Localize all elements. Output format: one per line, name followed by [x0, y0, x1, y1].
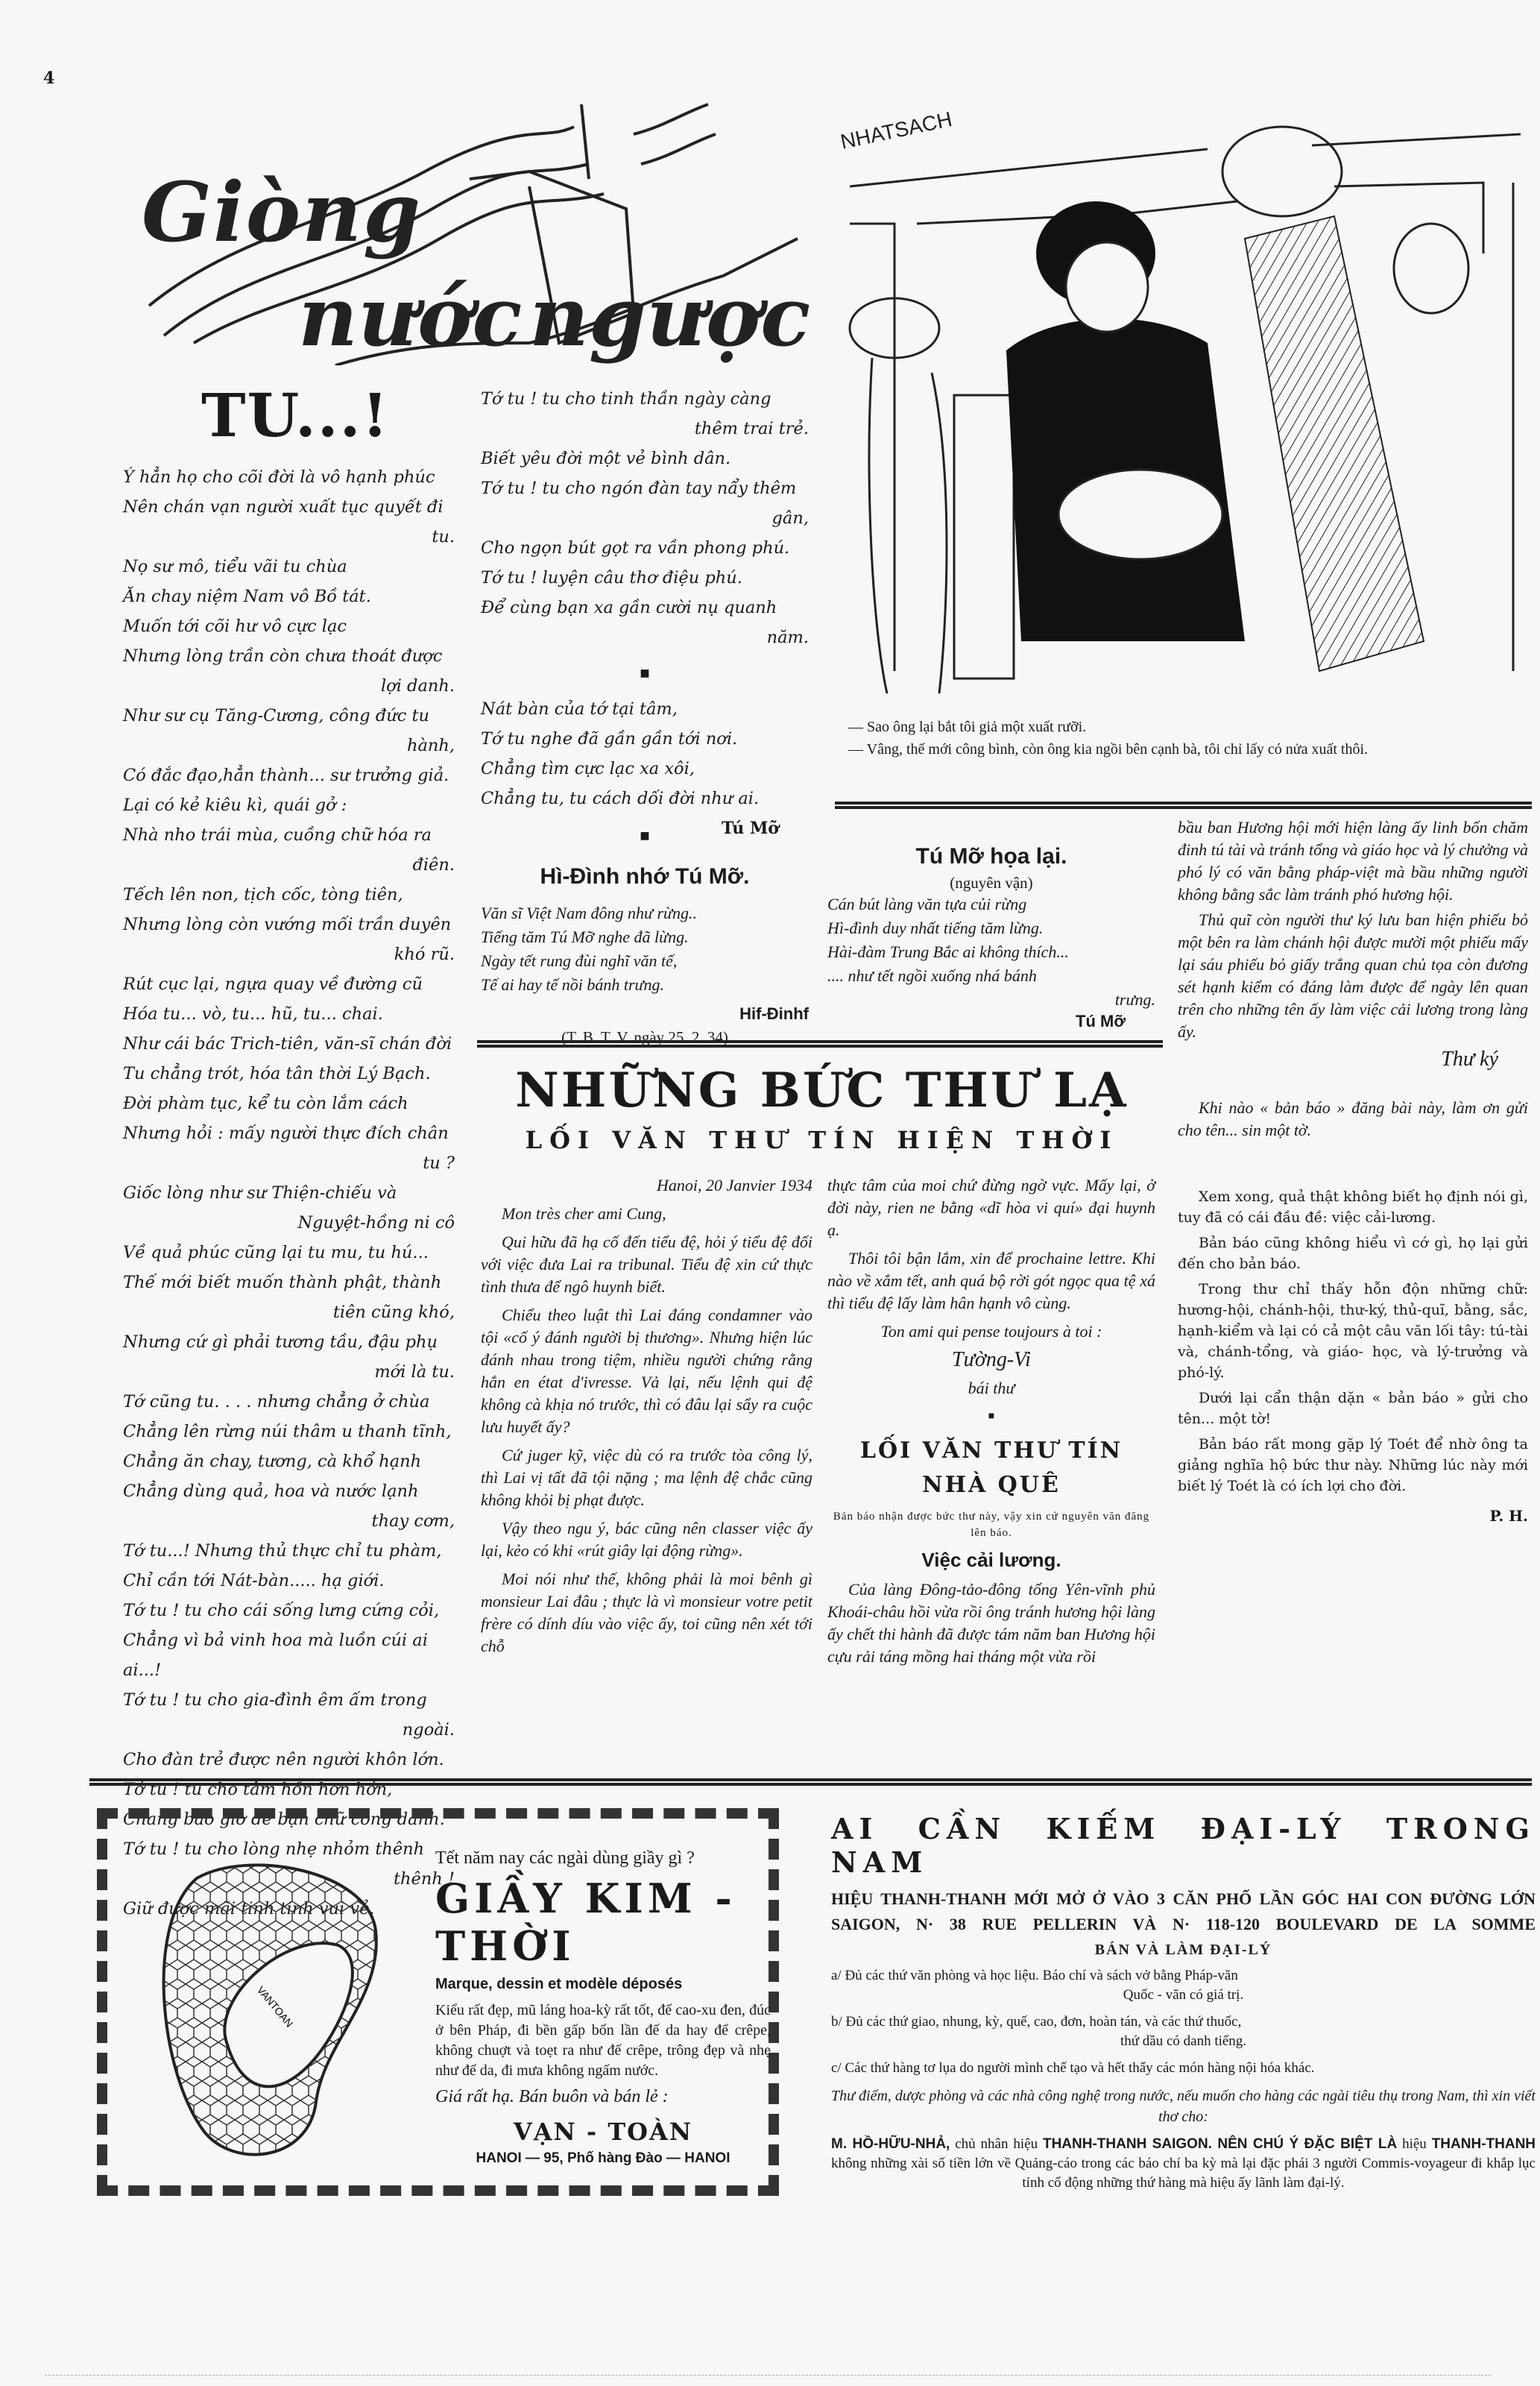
- poem-line-continuation: điên.: [123, 850, 455, 880]
- hi-dinh-author: Hif-Đinhf: [481, 1004, 809, 1024]
- section2-note: Bản báo nhận được bức thư này, vậy xin c…: [827, 1508, 1155, 1541]
- poem-line-continuation: khó rũ.: [123, 939, 455, 969]
- separator-icon: ■: [481, 830, 809, 842]
- poem-line: Như cái bác Trich-tiên, văn-sĩ chán đời: [123, 1029, 455, 1059]
- letters-headline: NHỮNG BỨC THƯ LẠ: [477, 1063, 1167, 1118]
- separator-icon: ■: [481, 658, 809, 688]
- letters-subheadline: LỐI VĂN THƯ TÍN HIỆN THỜI: [477, 1126, 1167, 1154]
- poem-line-continuation: ngoài.: [123, 1715, 455, 1745]
- agency-sub2: BÁN VÀ LÀM ĐẠI-LÝ: [831, 1942, 1536, 1959]
- ad-body: Kiểu rất đẹp, mũ láng hoa-kỳ rất tốt, đế…: [435, 2001, 771, 2081]
- poem-line-continuation: thêm trai trẻ.: [481, 414, 809, 444]
- letter-column-a: Hanoi, 20 Janvier 1934 Mon très cher ami…: [481, 1174, 812, 1663]
- poem-line-continuation: gân,: [481, 503, 809, 533]
- agency-item-c: c/ Các thứ hàng tơ lụa do người mình chế…: [831, 2059, 1536, 2078]
- divider-rule: [89, 1778, 1532, 1786]
- poem-line: Giốc lòng như sư Thiện-chiếu và: [123, 1178, 455, 1208]
- poem-line: Đời phàm tục, kể tu còn lắm cách: [123, 1089, 455, 1118]
- poem-line: Tớ tu ! tu cho ngón đàn tay nẩy thêm: [481, 473, 809, 503]
- letter-paragraph: Chiểu theo luật thì Lai đáng condamner v…: [481, 1304, 812, 1438]
- poem-line-continuation: mới là tu.: [123, 1357, 455, 1387]
- poem-line: Muốn tới cõi hư vô cực lạc: [123, 611, 455, 641]
- tu-mo-line-cont: trưng.: [827, 988, 1155, 1012]
- letter-paragraph: Vậy theo ngu ý, bác cũng nên classer việ…: [481, 1517, 812, 1562]
- poem-line: Như sư cụ Tăng-Cương, công đức tu: [123, 701, 455, 731]
- section2-body: Của làng Đông-tảo-đông tổng Yên-vĩnh phủ…: [827, 1578, 1155, 1668]
- poem-line-continuation: tiên cũng khó,: [123, 1297, 455, 1327]
- caption-line-2: — Vâng, thế mới công bình, còn ông kia n…: [835, 738, 1528, 761]
- poem-line: Để cùng bạn xa gần cười nụ quanh: [481, 593, 809, 623]
- poem-line-continuation: tu ?: [123, 1148, 455, 1178]
- ad-marque: Marque, dessin et modèle déposés: [435, 1976, 771, 1993]
- poem-line: Tớ tu...! Nhưng thủ thực chỉ tu phàm,: [123, 1536, 455, 1566]
- agency-item-b: b/ Đủ các thứ giao, nhung, kỳ, quế, cao,…: [831, 2012, 1536, 2051]
- agency-italic: Thư điếm, dược phòng và các nhà công ngh…: [831, 2086, 1536, 2127]
- letter-paragraph: Qui hữu đã hạ cố đến tiểu đệ, hỏi ý tiểu…: [481, 1231, 812, 1298]
- poem-mid-column: Tớ tu ! tu cho tinh thần ngày càngthêm t…: [481, 384, 809, 843]
- sandal-icon: VANTOAN: [145, 1848, 428, 2169]
- right-paragraph: Thủ quĩ còn người thư ký lưu ban hiện ph…: [1178, 909, 1528, 1043]
- poem-line: Có đắc đạo,hẳn thành... sư trưởng giả.: [123, 761, 455, 790]
- poem-line: Tớ tu ! tu cho tinh thần ngày càng: [481, 384, 809, 414]
- section2-title-2: NHÀ QUÊ: [827, 1468, 1155, 1502]
- poem-line: Tớ tu ! tu cho cái sống lưng cứng cỏi,: [123, 1596, 455, 1625]
- tu-mo-reply-author: Tú Mỡ: [827, 1012, 1155, 1031]
- cartoon-illustration: NHATSACH: [827, 104, 1528, 708]
- poem-line: Tếch lên non, tịch cốc, tòng tiên,: [123, 880, 455, 910]
- poem-line-continuation: Nguyệt-hồng ni cô: [123, 1208, 455, 1238]
- masthead-word-1: Giòng: [142, 164, 422, 260]
- tu-mo-reply-subtitle: (nguyên vận): [827, 874, 1155, 893]
- hi-dinh-poem: ■ Hì-Đình nhớ Tú Mỡ. Văn sĩ Việt Nam đôn…: [481, 824, 809, 1047]
- poem-line: Nát bàn của tớ tại tâm,: [481, 694, 809, 724]
- right-signature: Thư ký: [1178, 1048, 1528, 1071]
- ad-question: Tết năm nay các ngài dùng giầy gì ?: [435, 1848, 771, 1869]
- poem-line: Chẳng dùng quả, hoa và nước lạnh: [123, 1476, 455, 1506]
- tu-mo-line: Hài-đàm Trung Bắc ai không thích...: [827, 940, 1155, 964]
- page-bottom-edge: [45, 2375, 1491, 2376]
- tram-passengers-illustration: NHATSACH: [827, 104, 1528, 708]
- commentary-paragraph: Trong thư chỉ thấy hỗn độn những chữ: hư…: [1178, 1279, 1528, 1383]
- poem-line: Cho ngọn bút gọt ra vần phong phú.: [481, 533, 809, 563]
- poem-line: Chẳng lên rừng núi thâm u thanh tĩnh,: [123, 1417, 455, 1447]
- tu-mo-reply: Tú Mỡ họa lại. (nguyên vận) Cán bút làng…: [827, 835, 1155, 1031]
- poem-line: Chẳng vì bả vinh hoa mà luồn cúi ai ai..…: [123, 1625, 455, 1685]
- masthead-word-2: nước: [298, 268, 522, 365]
- ad-brand: GIẦY KIM - THỜI: [435, 1875, 771, 1970]
- poem-line: Nhưng lòng còn vướng mối trần duyên: [123, 910, 455, 939]
- poem-line: Nhưng lòng trần còn chưa thoát được: [123, 641, 455, 671]
- poem-line-continuation: tu.: [123, 522, 455, 552]
- letter-column-b: thực tâm của moi chứ đừng ngờ vực. Mấy l…: [827, 1174, 1155, 1674]
- agency-footer: M. HỒ-HỮU-NHẢ, chủ nhân hiệu THANH-THANH…: [831, 2135, 1536, 2193]
- poem-line: Nhưng cứ gì phải tương tầu, đậu phụ: [123, 1327, 455, 1357]
- tu-mo-reply-title: Tú Mỡ họa lại.: [827, 844, 1155, 869]
- commentary-paragraph: Dưới lại cẩn thận dặn « bản báo » gửi ch…: [1178, 1388, 1528, 1429]
- right-paragraph: bầu ban Hương hội mới hiện làng ấy linh …: [1178, 816, 1528, 906]
- poem-line: Ý hẳn họ cho cõi đời là vô hạnh phúc: [123, 462, 455, 492]
- poem-line: Rút cục lại, ngựa quay về đường cũ: [123, 969, 455, 999]
- poem-line: Nhưng hỏi : mấy người thực đích chân: [123, 1118, 455, 1148]
- letter-paragraph: thực tâm của moi chứ đừng ngờ vực. Mấy l…: [827, 1174, 1155, 1241]
- letter-signer: Tường-Vi: [827, 1349, 1155, 1371]
- ad-price: Giá rất hạ. Bán buôn và bán lẻ :: [435, 2087, 771, 2107]
- poem-title: TU...!: [201, 380, 390, 450]
- ad-shop-name: VẠN - TOÀN: [435, 2118, 771, 2146]
- section2-subject: Việc cải lương.: [827, 1549, 1155, 1571]
- hi-dinh-line: Tế ai hay tế nồi bánh trưng.: [481, 973, 809, 997]
- hi-dinh-line: Ngày tết rung đùi nghĩ văn tế,: [481, 949, 809, 973]
- divider-rule: [835, 802, 1532, 809]
- poem-line-continuation: hành,: [123, 731, 455, 761]
- agency-sub: HIỆU THANH-THANH MỚI MỞ Ở VÀO 3 CĂN PHỐ …: [831, 1886, 1536, 1937]
- poem-left-column: Ý hẳn họ cho cõi đời là vô hạnh phúcNên …: [123, 462, 455, 1924]
- hi-dinh-title: Hì-Đình nhớ Tú Mỡ.: [481, 864, 809, 890]
- right-column: bầu ban Hương hội mới hiện làng ấy linh …: [1178, 816, 1528, 1525]
- agency-advertisement: AI CẦN KIẾM ĐẠI-LÝ TRONG NAM HIỆU THANH-…: [831, 1812, 1536, 2193]
- letter-paragraph: Moi nói như thế, không phải là moi bênh …: [481, 1568, 812, 1658]
- cartoon-signature: NHATSACH: [839, 107, 954, 154]
- cartoon-caption: — Sao ông lại bắt tôi giả một xuất rưỡi.…: [835, 716, 1528, 761]
- agency-headline: AI CẦN KIẾM ĐẠI-LÝ TRONG NAM: [831, 1812, 1536, 1879]
- divider-rule: [477, 1040, 1163, 1048]
- poem-line: Cho đàn trẻ được nên người khôn lớn.: [123, 1745, 455, 1775]
- caption-line-1: — Sao ông lại bắt tôi giả một xuất rưỡi.: [835, 716, 1528, 738]
- hi-dinh-line: Văn sĩ Việt Nam đông như rừng..: [481, 901, 809, 925]
- poem-line: Ăn chay niệm Nam vô Bồ tát.: [123, 582, 455, 611]
- right-paragraph: Khi nào « bản báo » đăng bài này, làm ơn…: [1178, 1097, 1528, 1142]
- letter-salutation: Mon très cher ami Cung,: [481, 1203, 812, 1225]
- commentary-initials: P. H.: [1178, 1507, 1528, 1525]
- poem-line: Tớ tu ! tu cho gia-đình êm ấm trong: [123, 1685, 455, 1715]
- poem-line: Nọ sư mô, tiểu vãi tu chùa: [123, 552, 455, 582]
- masthead-word-3: ngược: [529, 268, 810, 365]
- poem-line: Nên chán vạn người xuất tục quyết đi: [123, 492, 455, 522]
- poem-line: Chẳng ăn chay, tương, cà khổ hạnh: [123, 1447, 455, 1476]
- separator-icon: ■: [827, 1406, 1155, 1428]
- shoe-advertisement: VANTOAN Tết năm nay các ngài dùng giầy g…: [97, 1808, 779, 2196]
- commentary-paragraph: Xem xong, quả thật không biết họ định nó…: [1178, 1186, 1528, 1228]
- masthead-illustration: Giòng nước ngược: [112, 89, 812, 365]
- poem-line: Thế mới biết muốn thành phật, thành: [123, 1268, 455, 1297]
- poem-line: Tớ tu ! luyện câu thơ điệu phú.: [481, 563, 809, 593]
- poem-line: Tu chẳng trót, hóa tân thời Lý Bạch.: [123, 1059, 455, 1089]
- poem-line: Về quả phúc cũng lại tu mu, tu hú...: [123, 1238, 455, 1268]
- hi-dinh-line: Tiếng tăm Tú Mỡ nghe đã lừng.: [481, 925, 809, 949]
- poem-line: Biết yêu đời một vẻ bình dân.: [481, 444, 809, 473]
- poem-line: Tớ tu nghe đã gần gần tới nơi.: [481, 724, 809, 754]
- poem-line: Nhà nho trái mùa, cuồng chữ hóa ra: [123, 820, 455, 850]
- poem-line: Tớ cũng tu. . . . nhưng chẳng ở chùa: [123, 1387, 455, 1417]
- poem-line-continuation: thay cơm,: [123, 1506, 455, 1536]
- agency-item-a: a/ Đủ các thứ văn phòng và học liệu. Báo…: [831, 1966, 1536, 2005]
- commentary-paragraph: Bản báo cũng không hiểu vì cớ gì, họ lại…: [1178, 1233, 1528, 1274]
- page-number: 4: [43, 69, 54, 88]
- tu-mo-line: Hì-đình duy nhất tiếng tăm lừng.: [827, 916, 1155, 940]
- poem-line: Lại có kẻ kiêu kì, quái gở :: [123, 790, 455, 820]
- tu-mo-line: Cán bút làng văn tựa củi rừng: [827, 893, 1155, 916]
- poem-line: Hóa tu... vò, tu... hũ, tu... chai.: [123, 999, 455, 1029]
- commentary-paragraph: Bản báo rất mong gặp lý Toét để nhờ ông …: [1178, 1434, 1528, 1496]
- ad-address: HANOI — 95, Phố hàng Đào — HANOI: [435, 2150, 771, 2167]
- tu-mo-line: .... như tết ngồi xuống nhá bánh: [827, 964, 1155, 988]
- poem-line-continuation: lợi danh.: [123, 671, 455, 701]
- poem-line: Chẳng tìm cực lạc xa xôi,: [481, 754, 809, 784]
- letter-signer-note: bái thư: [827, 1377, 1155, 1400]
- letter-dateline: Hanoi, 20 Janvier 1934: [481, 1174, 812, 1197]
- letter-closing: Ton ami qui pense toujours à toi :: [827, 1321, 1155, 1343]
- letter-paragraph: Thôi tôi bận lắm, xin để prochaine lettr…: [827, 1247, 1155, 1315]
- letter-paragraph: Cứ juger kỹ, việc dù có ra trước tòa côn…: [481, 1444, 812, 1511]
- poem-line: Chỉ cần tới Nát-bàn..... hạ giới.: [123, 1566, 455, 1596]
- section2-title-1: LỐI VĂN THƯ TÍN: [827, 1434, 1155, 1468]
- poem-line: Chẳng tu, tu cách dối đời như ai.: [481, 784, 809, 813]
- poem-line-continuation: năm.: [481, 623, 809, 652]
